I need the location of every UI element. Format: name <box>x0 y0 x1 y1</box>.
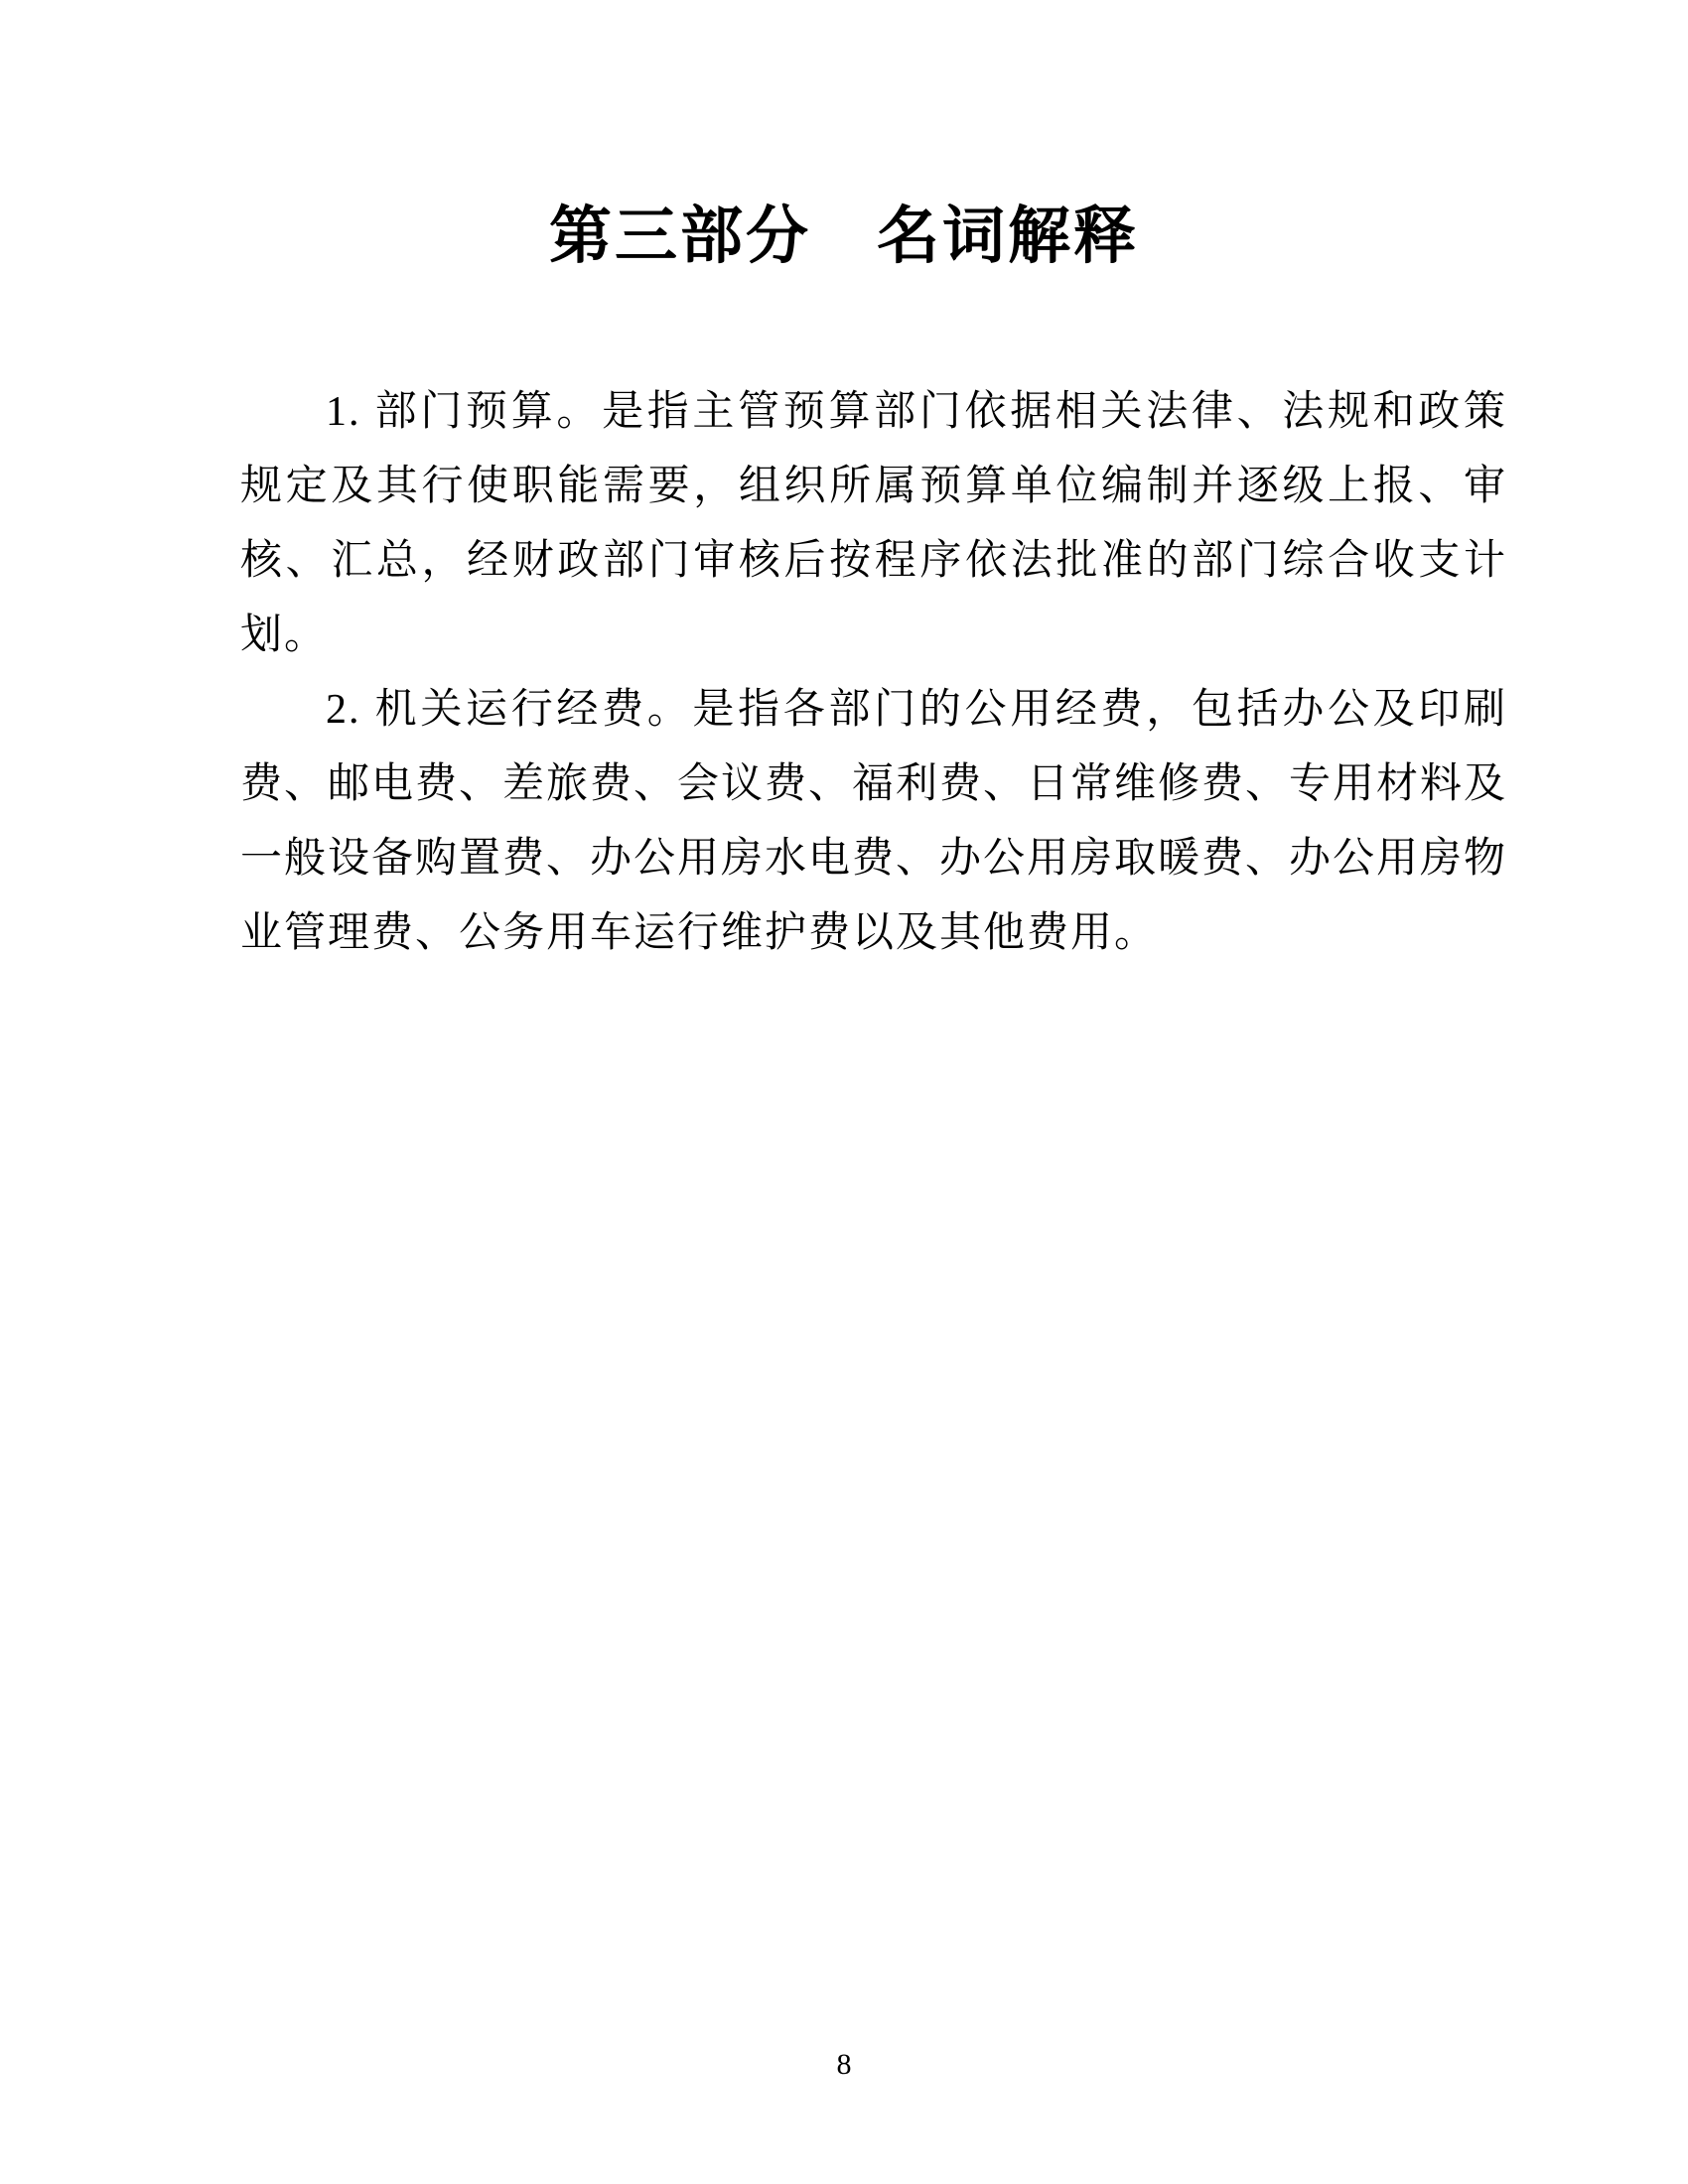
page-number: 8 <box>0 2047 1688 2083</box>
document-page: 第三部分 名词解释 1. 部门预算。是指主管预算部门依据相关法律、法规和政策规定… <box>0 0 1688 2184</box>
paragraph-definition-agency-operating-expenses: 2. 机关运行经费。是指各部门的公用经费，包括办公及印刷费、邮电费、差旅费、会议… <box>240 673 1507 971</box>
paragraph-definition-department-budget: 1. 部门预算。是指主管预算部门依据相关法律、法规和政策规定及其行使职能需要，组… <box>240 375 1507 673</box>
document-body: 1. 部门预算。是指主管预算部门依据相关法律、法规和政策规定及其行使职能需要，组… <box>240 375 1507 971</box>
page-title: 第三部分 名词解释 <box>0 0 1688 276</box>
